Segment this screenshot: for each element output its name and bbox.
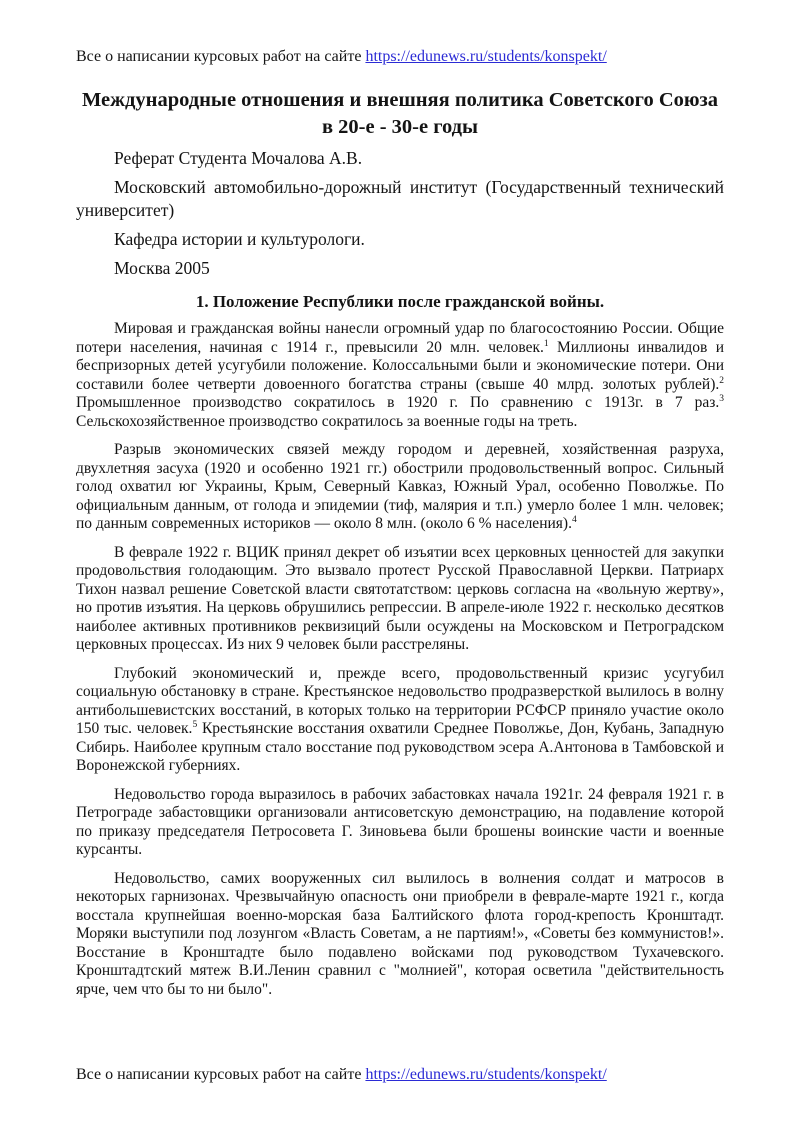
header-prefix: Все о написании курсовых работ на сайте (76, 48, 365, 65)
place-year: Москва 2005 (76, 257, 724, 280)
byline: Реферат Студента Мочалова А.В. (76, 147, 724, 170)
footnote-ref: 2 (719, 375, 724, 385)
header-line: Все о написании курсовых работ на сайте … (76, 48, 724, 66)
footnote-ref: 3 (719, 394, 724, 404)
paragraph-3: В феврале 1922 г. ВЦИК принял декрет об … (76, 544, 724, 655)
paragraph-4: Глубокий экономический и, прежде всего, … (76, 665, 724, 776)
institution: Московский автомобильно-дорожный институ… (76, 176, 724, 222)
footnote-ref: 5 (192, 720, 197, 730)
footer-site-link[interactable]: https://edunews.ru/students/konspekt/ (365, 1066, 606, 1083)
paragraph-2: Разрыв экономических связей между городо… (76, 441, 724, 534)
footnote-ref: 1 (544, 338, 549, 348)
footer-prefix: Все о написании курсовых работ на сайте (76, 1066, 365, 1083)
footnote-ref: 4 (572, 515, 577, 525)
department: Кафедра истории и культурологи. (76, 228, 724, 251)
header-site-link[interactable]: https://edunews.ru/students/konspekt/ (365, 48, 606, 65)
document-page: Все о написании курсовых работ на сайте … (0, 0, 800, 1131)
body-paragraphs: Мировая и гражданская войны нанесли огро… (76, 320, 724, 999)
document-title: Международные отношения и внешняя полити… (76, 87, 724, 141)
paragraph-1: Мировая и гражданская войны нанесли огро… (76, 320, 724, 431)
section-heading: 1. Положение Республики после гражданско… (76, 290, 724, 313)
paragraph-6: Недовольство, самих вооруженных сил выли… (76, 870, 724, 1000)
paragraph-5: Недовольство города выразилось в рабочих… (76, 786, 724, 860)
footer-line: Все о написании курсовых работ на сайте … (76, 1066, 607, 1084)
